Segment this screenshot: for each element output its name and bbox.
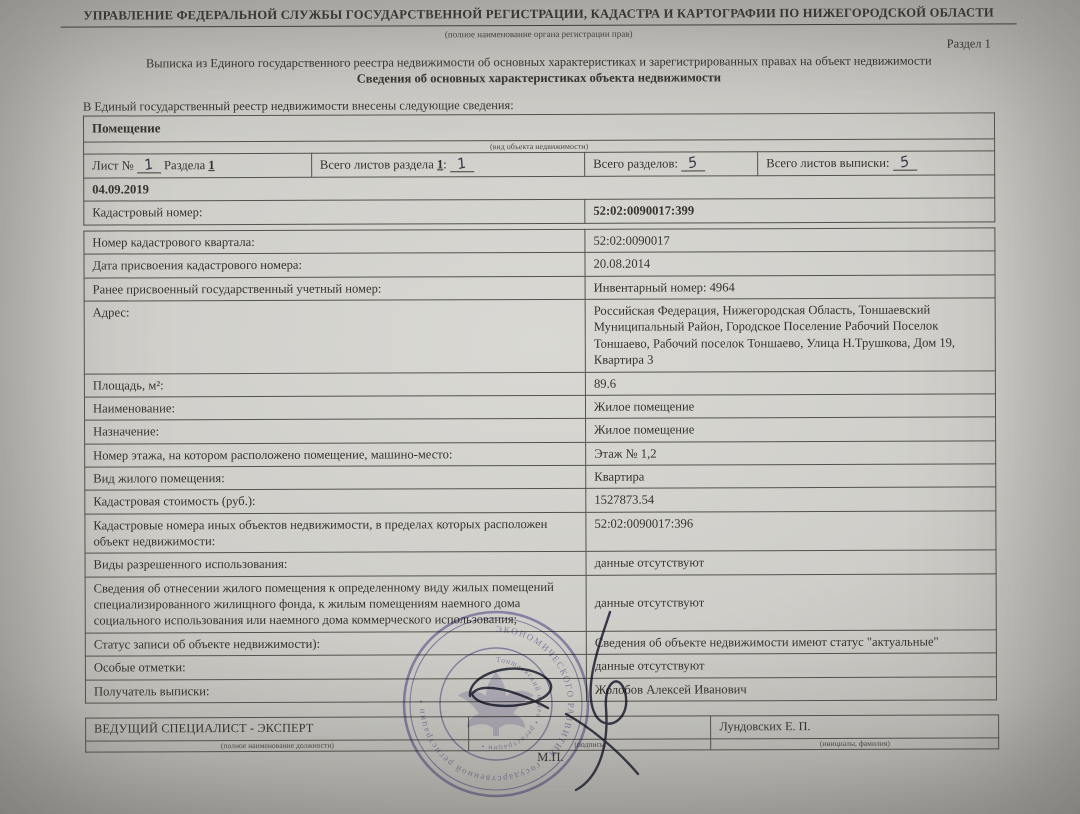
position-caption: (полное наименование должности)	[86, 740, 469, 753]
table-row: Номер кадастрового квартала:52:02:009001…	[84, 228, 995, 255]
total-sheets-label: Всего листов выписки:	[766, 156, 889, 170]
table-row: Дата присвоения кадастрового номера:20.0…	[84, 251, 995, 278]
row-value: данные отсутствуют	[586, 653, 996, 678]
table-row: Адрес:Российская Федерация, Нижегородска…	[84, 298, 995, 374]
table-row: Виды разрешенного использования:данные о…	[85, 550, 996, 577]
total-sheets-blank: 5	[893, 158, 917, 171]
row-label: Вид жилого помещения:	[85, 465, 586, 490]
table-row: Сведения об отнесении жилого помещения к…	[85, 574, 996, 633]
table-row: Особые отметки:данные отсутствуют	[85, 653, 996, 680]
sheets-in-section-cell: Всего листов раздела 1: 1	[311, 153, 584, 177]
signature-cell	[469, 716, 711, 740]
row-value: Жолобов Алексей Иванович	[586, 676, 996, 701]
row-value: Российская Федерация, Нижегородская Обла…	[585, 298, 995, 372]
of-section-label: Раздела	[164, 159, 205, 173]
signature-block: ВЕДУЩИЙ СПЕЦИАЛИСТ - ЭКСПЕРТ Лундовских …	[85, 714, 999, 752]
row-label: Статус записи об объекте недвижимости):	[85, 631, 586, 656]
row-value: 89.6	[585, 370, 995, 395]
table-row: Помещение	[83, 113, 994, 142]
table-row: Назначение:Жилое помещение	[85, 417, 996, 444]
row-label: Виды разрешенного использования:	[85, 552, 586, 577]
cadastral-number-label: Кадастровый номер:	[84, 200, 585, 225]
object-header-table: Помещение (вид объекта недвижимости) Лис…	[83, 112, 995, 225]
signer-name: Лундовских Е. П.	[711, 715, 999, 739]
signature-caption: (подпись)	[469, 739, 711, 751]
row-label: Получатель выписки:	[85, 678, 586, 703]
seal-place-mark: М.П.	[537, 750, 563, 765]
extract-date: 04.09.2019	[84, 175, 995, 202]
row-label: Дата присвоения кадастрового номера:	[84, 253, 585, 278]
row-label: Кадастровые номера иных объектов недвижи…	[85, 512, 586, 553]
handwritten-sheet-no: 1	[144, 160, 154, 174]
doc-subtitle: Сведения об основных характеристиках объ…	[29, 69, 1049, 88]
row-value: Жилое помещение	[586, 417, 996, 442]
intro-line: В Единый государственный реестр недвижим…	[83, 98, 514, 115]
table-row: 04.09.2019	[84, 175, 995, 202]
row-value: Этаж № 1,2	[586, 441, 996, 466]
row-value: Сведения об объекте недвижимости имеют с…	[586, 630, 996, 655]
row-value: 1527873.54	[586, 487, 996, 512]
table-row: Лист № 1 Раздела 1 Всего листов раздела …	[84, 151, 995, 178]
sheet-number-cell: Лист № 1 Раздела 1	[84, 154, 312, 178]
row-label: Площадь, м²:	[84, 372, 585, 397]
total-sections-label: Всего разделов:	[593, 157, 678, 171]
table-row: Статус записи об объекте недвижимости):С…	[85, 630, 996, 657]
row-label: Наименование:	[84, 395, 585, 420]
handwritten-total-sections: 5	[688, 158, 698, 172]
row-value: данные отсутствуют	[586, 574, 996, 632]
sheets-in-section-label: Всего листов раздела	[320, 158, 434, 172]
row-value: Квартира	[586, 464, 996, 489]
row-label: Назначение:	[85, 419, 586, 444]
name-caption: (инициалы, фамилия)	[711, 738, 999, 750]
document-sheet: УПРАВЛЕНИЕ ФЕДЕРАЛЬНОЙ СЛУЖБЫ ГОСУДАРСТВ…	[0, 0, 1080, 814]
row-value: 20.08.2014	[585, 251, 995, 276]
total-sheets-cell: Всего листов выписки: 5	[758, 151, 995, 175]
sheet-no-label: Лист №	[92, 159, 134, 173]
section-label: Раздел 1	[947, 36, 991, 51]
table-row: Кадастровый номер: 52:02:0090017:399	[84, 198, 995, 225]
row-label: Номер кадастрового квартала:	[84, 229, 585, 254]
org-name-caption: (полное наименование органа регистрации …	[0, 27, 1079, 41]
row-label: Адрес:	[84, 299, 585, 373]
row-label: Особые отметки:	[85, 655, 586, 680]
colon: :	[443, 158, 447, 172]
table-row: Вид жилого помещения:Квартира	[85, 464, 996, 491]
row-label: Сведения об отнесении жилого помещения к…	[85, 575, 586, 633]
scanned-document-page: { "colors": { "paper_center": "#d9d8d3",…	[0, 0, 1080, 814]
handwritten-total-sheets: 5	[900, 157, 910, 171]
sheet-no-blank: 1	[137, 161, 161, 174]
org-name: УПРАВЛЕНИЕ ФЕДЕРАЛЬНОЙ СЛУЖБЫ ГОСУДАРСТВ…	[61, 5, 1017, 27]
row-value: 52:02:0090017:396	[586, 511, 996, 552]
table-row: Площадь, м²:89.6	[84, 370, 995, 397]
handwritten-sheets-in-section: 1	[457, 159, 467, 173]
row-value: Инвентарный номер: 4964	[585, 275, 995, 300]
cadastral-number-value: 52:02:0090017:399	[585, 198, 995, 223]
details-table: Номер кадастрового квартала:52:02:009001…	[83, 227, 997, 703]
row-label: Ранее присвоенный государственный учетны…	[84, 276, 585, 301]
row-value: данные отсутствуют	[586, 550, 996, 575]
row-value: 52:02:0090017	[585, 228, 995, 253]
table-row: Кадастровые номера иных объектов недвижи…	[85, 511, 996, 554]
table-row: Наименование:Жилое помещение	[84, 394, 995, 421]
of-section-value: 1	[208, 159, 214, 173]
table-row: Номер этажа, на котором расположено поме…	[85, 441, 996, 468]
row-label: Номер этажа, на котором расположено поме…	[85, 442, 586, 467]
row-value: Жилое помещение	[586, 394, 996, 419]
table-row: Ранее присвоенный государственный учетны…	[84, 275, 995, 302]
position-title: ВЕДУЩИЙ СПЕЦИАЛИСТ - ЭКСПЕРТ	[86, 717, 470, 741]
table-row: Получатель выписки:Жолобов Алексей Ивано…	[85, 676, 996, 703]
sheets-in-section-blank: 1	[450, 160, 474, 173]
object-type: Помещение	[83, 113, 994, 142]
row-label: Кадастровая стоимость (руб.):	[85, 489, 586, 514]
table-row: ВЕДУЩИЙ СПЕЦИАЛИСТ - ЭКСПЕРТ Лундовских …	[86, 715, 999, 741]
table-row: Кадастровая стоимость (руб.):1527873.54	[85, 487, 996, 514]
total-sections-blank: 5	[681, 159, 705, 172]
total-sections-cell: Всего разделов: 5	[585, 152, 758, 176]
